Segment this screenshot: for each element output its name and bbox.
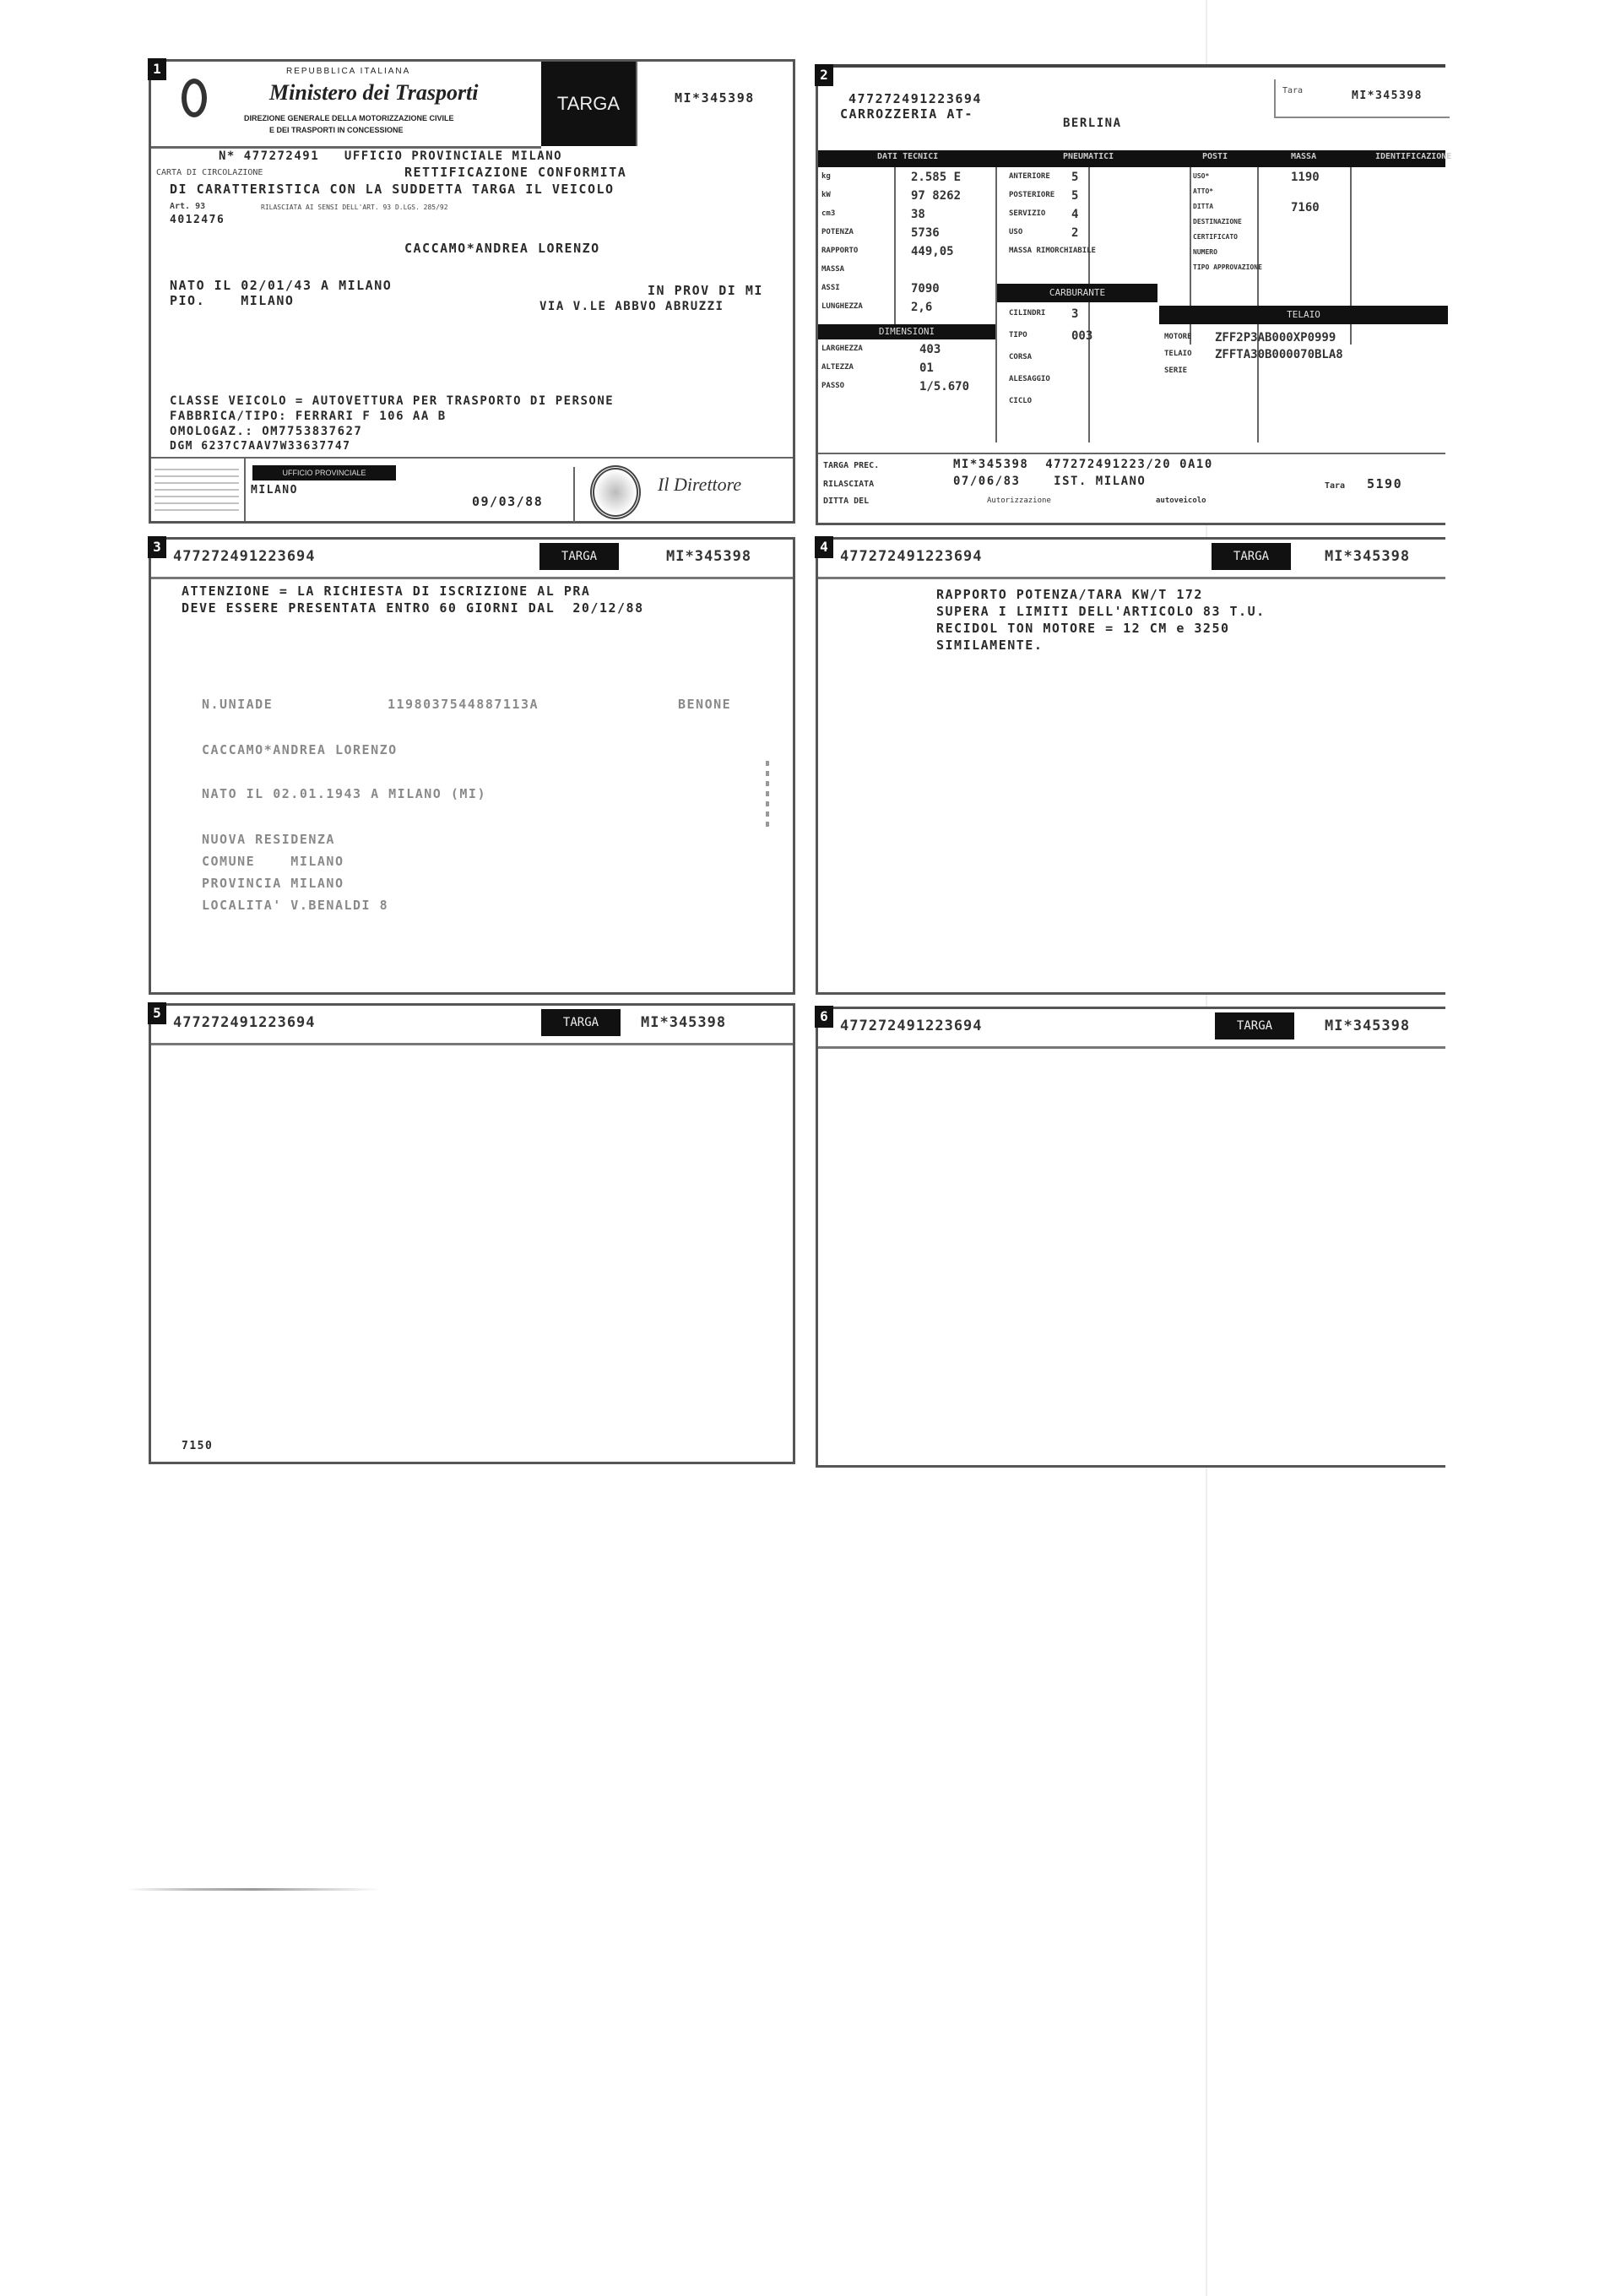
- owner-birth: NATO IL 02.01.1943 A MILANO (MI): [202, 786, 486, 801]
- residence-provincia: PROVINCIA MILANO: [202, 876, 344, 891]
- plate-number: MI*345398: [641, 1014, 726, 1031]
- field-value: ZFFTA30B000070BLA8: [1215, 348, 1343, 361]
- field-label: MOTORE: [1164, 333, 1192, 341]
- field-label: POTENZA: [821, 228, 854, 236]
- vehicle-omologazione: OMOLOGAZ.: OM7753837627: [170, 425, 362, 438]
- category-value: BERLINA: [1063, 117, 1122, 130]
- residence-title: NUOVA RESIDENZA: [202, 832, 335, 847]
- field-label: LARGHEZZA: [821, 345, 863, 353]
- issue-date: 09/03/88: [472, 494, 543, 509]
- owner-prov: PIO. MILANO: [170, 293, 294, 308]
- panel-header: 477272491223694 TARGA MI*345398: [151, 540, 793, 579]
- carburante-header: CARBURANTE: [997, 284, 1157, 302]
- footer-code: 7150: [182, 1440, 213, 1452]
- notice-line-1: ATTENZIONE = LA RICHIESTA DI ISCRIZIONE …: [182, 583, 590, 599]
- field-value: 5736: [911, 226, 940, 240]
- field-value: ZFF2P3AB000XP0999: [1215, 331, 1336, 345]
- plate-number: MI*345398: [1325, 1018, 1410, 1034]
- divider: [818, 453, 1445, 454]
- signature: Il Direttore: [658, 474, 741, 496]
- field-label: DITTA: [1193, 203, 1213, 210]
- field-label: RAPPORTO: [821, 247, 858, 255]
- dimensioni-header: DIMENSIONI: [818, 324, 995, 339]
- footer-rilasciata-value: 07/06/83 IST. MILANO: [953, 475, 1146, 488]
- document-code: 477272491223694: [173, 1014, 316, 1031]
- panel-header: 477272491223694 TARGA MI*345398: [818, 540, 1445, 579]
- field-label: cm3: [821, 209, 835, 218]
- annotation-line-1: RAPPORTO POTENZA/TARA KW/T 172: [936, 587, 1203, 602]
- uniade-code: 1198037544887113A: [388, 697, 539, 712]
- field-value: 2,6: [911, 301, 932, 314]
- tara-value: MI*345398: [1352, 90, 1423, 102]
- footer-tara-value: 5190: [1367, 476, 1402, 491]
- targa-tag: TARGA: [1212, 543, 1291, 570]
- field-value: 97 8262: [911, 189, 961, 203]
- field-label: USO*: [1193, 172, 1209, 180]
- ministry-name: Ministero dei Trasporti: [269, 80, 479, 106]
- tara-box: Tara MI*345398: [1274, 79, 1450, 118]
- targa-tag: TARGA: [541, 62, 636, 146]
- panel-3-notice: 3 477272491223694 TARGA MI*345398 ATTENZ…: [149, 537, 795, 995]
- uniade-label: N.UNIADE: [202, 697, 273, 712]
- owner-birth: NATO IL 02/01/43 A MILANO: [170, 278, 392, 293]
- plate-number: MI*345398: [675, 90, 755, 106]
- issue-place: MILANO: [251, 484, 298, 497]
- field-value: 1190: [1291, 171, 1320, 184]
- panel-6-blank: 6 477272491223694 TARGA MI*345398: [816, 1007, 1445, 1468]
- footer-ditta-value: Autorizzazione: [987, 497, 1051, 505]
- panel-4-annotations: 4 477272491223694 TARGA MI*345398 RAPPOR…: [816, 537, 1445, 995]
- annotation-line-4: SIMILAMENTE.: [936, 638, 1043, 653]
- head-col-1: PNEUMATICI: [1063, 152, 1114, 161]
- owner-code: 4012476: [170, 214, 225, 226]
- document-code: 477272491223694: [840, 1018, 983, 1034]
- footer-tara-label: Tara: [1325, 481, 1345, 491]
- residence-right-2: VIA V.LE ABBVO ABRUZZI: [539, 300, 724, 313]
- field-value: 01: [919, 361, 934, 375]
- perforation-marks: [766, 761, 769, 828]
- field-label: DESTINAZIONE: [1193, 218, 1242, 225]
- field-label: ATTO*: [1193, 187, 1213, 195]
- field-value: 3: [1071, 307, 1078, 321]
- divider: [573, 467, 575, 523]
- field-label: CILINDRI: [1009, 309, 1045, 318]
- category-line: CARROZZERIA AT-: [840, 106, 973, 122]
- notice-line-2: DEVE ESSERE PRESENTATA ENTRO 60 GIORNI D…: [182, 600, 644, 616]
- panel-5-blank: 5 477272491223694 TARGA MI*345398 7150: [149, 1003, 795, 1464]
- field-label: POSTERIORE: [1009, 191, 1054, 199]
- residence-address: LOCALITA' V.BENALDI 8: [202, 898, 388, 913]
- field-label: MASSA: [821, 265, 844, 274]
- carta-label: CARTA DI CIRCOLAZIONE: [156, 168, 263, 177]
- rettificazione-line: RETTIFICAZIONE CONFORMITA: [404, 165, 626, 180]
- plate-number: MI*345398: [1325, 548, 1410, 565]
- document-code: 477272491223694: [173, 548, 316, 565]
- field-label: TIPO APPROVAZIONE: [1193, 263, 1262, 271]
- ministry-subtitle-2: E DEI TRASPORTI IN CONCESSIONE: [269, 126, 404, 134]
- field-label: MASSA RIMORCHIABILE: [1009, 247, 1096, 255]
- official-seal-icon: [590, 465, 641, 519]
- divider: [1257, 167, 1259, 442]
- owner-name: CACCAMO*ANDREA LORENZO: [404, 241, 600, 256]
- field-label: USO: [1009, 228, 1022, 236]
- field-label: kW: [821, 191, 831, 199]
- art-label: Art. 93: [170, 202, 205, 211]
- field-label: ALTEZZA: [821, 363, 854, 372]
- stamp-box: [151, 459, 246, 521]
- residence-comune: COMUNE MILANO: [202, 854, 344, 869]
- field-label: TIPO: [1009, 331, 1027, 339]
- field-label: NUMERO: [1193, 248, 1217, 256]
- republic-emblem-icon: [182, 79, 207, 117]
- field-value: 5: [1071, 171, 1078, 184]
- panel-2-technical-data: 2 477272491223694 CARROZZERIA AT- BERLIN…: [816, 64, 1445, 525]
- vehicle-class: CLASSE VEICOLO = AUTOVETTURA PER TRASPOR…: [170, 394, 614, 408]
- targa-tag: TARGA: [539, 543, 619, 570]
- ufficio-line: N* 477272491 UFFICIO PROVINCIALE MILANO: [219, 149, 562, 163]
- field-label: CERTIFICATO: [1193, 233, 1238, 241]
- field-value: 2.585 E: [911, 171, 961, 184]
- vehicle-dgm: DGM 6237C7AAV7W33637747: [170, 440, 351, 453]
- scan-smudge-line: [127, 1888, 380, 1891]
- divider: [1088, 167, 1090, 442]
- field-value: 5: [1071, 189, 1078, 203]
- footer-targa-prec-value: MI*345398 477272491223/20 0A10: [953, 458, 1213, 471]
- footer-rilasciata-label: RILASCIATA: [823, 480, 874, 489]
- field-value: 1/5.670: [919, 380, 969, 394]
- document-code: 477272491223694: [848, 91, 982, 106]
- head-col-2: POSTI: [1202, 152, 1228, 161]
- field-value: 4: [1071, 208, 1078, 221]
- field-label: CORSA: [1009, 353, 1032, 361]
- republic-label: REPUBBLICA ITALIANA: [286, 67, 410, 76]
- owner-name: CACCAMO*ANDREA LORENZO: [202, 742, 398, 757]
- art-note: RILASCIATA AI SENSI DELL'ART. 93 D.LGS. …: [261, 204, 448, 211]
- targa-tag: TARGA: [541, 1009, 621, 1036]
- field-label: kg: [821, 172, 831, 181]
- field-value: 38: [911, 208, 925, 221]
- field-label: TELAIO: [1164, 350, 1192, 358]
- panel-number: 2: [815, 64, 833, 86]
- field-label: PASSO: [821, 382, 844, 390]
- plate-number: MI*345398: [666, 548, 751, 565]
- field-value: 7090: [911, 282, 940, 296]
- head-col-0: DATI TECNICI: [877, 152, 938, 161]
- ministry-subtitle-1: DIREZIONE GENERALE DELLA MOTORIZZAZIONE …: [244, 114, 454, 122]
- tara-label: Tara: [1282, 86, 1303, 95]
- stamp-fine-print: [155, 464, 239, 514]
- footer-targa-prec-label: TARGA PREC.: [823, 461, 879, 470]
- caratteristica-line: DI CARATTERISTICA CON LA SUDDETTA TARGA …: [170, 182, 615, 197]
- ufficio-stamp-label: UFFICIO PROVINCIALE: [252, 465, 396, 480]
- divider: [995, 167, 997, 442]
- vehicle-make-type: FABBRICA/TIPO: FERRARI F 106 AA B: [170, 410, 447, 423]
- field-label: ALESAGGIO: [1009, 375, 1050, 383]
- head-col-4: IDENTIFICAZIONE: [1375, 152, 1451, 161]
- telaio-header: TELAIO: [1159, 306, 1448, 324]
- targa-tag: TARGA: [1215, 1012, 1294, 1039]
- field-value: 403: [919, 343, 941, 356]
- footer-ditta-label: DITTA DEL: [823, 497, 869, 506]
- uniade-right: BENONE: [678, 697, 731, 712]
- footer-ditta-extra: autoveicolo: [1156, 497, 1206, 505]
- field-value: 2: [1071, 226, 1078, 240]
- ministry-header: REPUBBLICA ITALIANA Ministero dei Traspo…: [151, 62, 541, 149]
- field-value: 003: [1071, 329, 1092, 343]
- document-code: 477272491223694: [840, 548, 983, 565]
- field-value: 7160: [1291, 201, 1320, 214]
- divider: [894, 167, 896, 328]
- field-label: SERIE: [1164, 366, 1187, 375]
- field-value: 449,05: [911, 245, 954, 258]
- annotation-line-2: SUPERA I LIMITI DELL'ARTICOLO 83 T.U.: [936, 604, 1266, 619]
- residence-right-1: IN PROV DI MI: [648, 283, 763, 298]
- field-label: SERVIZIO: [1009, 209, 1045, 218]
- field-label: ASSI: [821, 284, 840, 292]
- divider: [636, 62, 637, 146]
- head-col-3: MASSA: [1291, 152, 1316, 161]
- panel-1-registration: 1 REPUBBLICA ITALIANA Ministero dei Tras…: [149, 59, 795, 524]
- divider: [151, 457, 793, 459]
- panel-header: 477272491223694 TARGA MI*345398: [818, 1009, 1445, 1049]
- panel-header: 477272491223694 TARGA MI*345398: [151, 1006, 793, 1045]
- annotation-line-3: RECIDOL TON MOTORE = 12 CM e 3250: [936, 621, 1230, 636]
- field-label: CICLO: [1009, 397, 1032, 405]
- field-label: ANTERIORE: [1009, 172, 1050, 181]
- field-label: LUNGHEZZA: [821, 302, 863, 311]
